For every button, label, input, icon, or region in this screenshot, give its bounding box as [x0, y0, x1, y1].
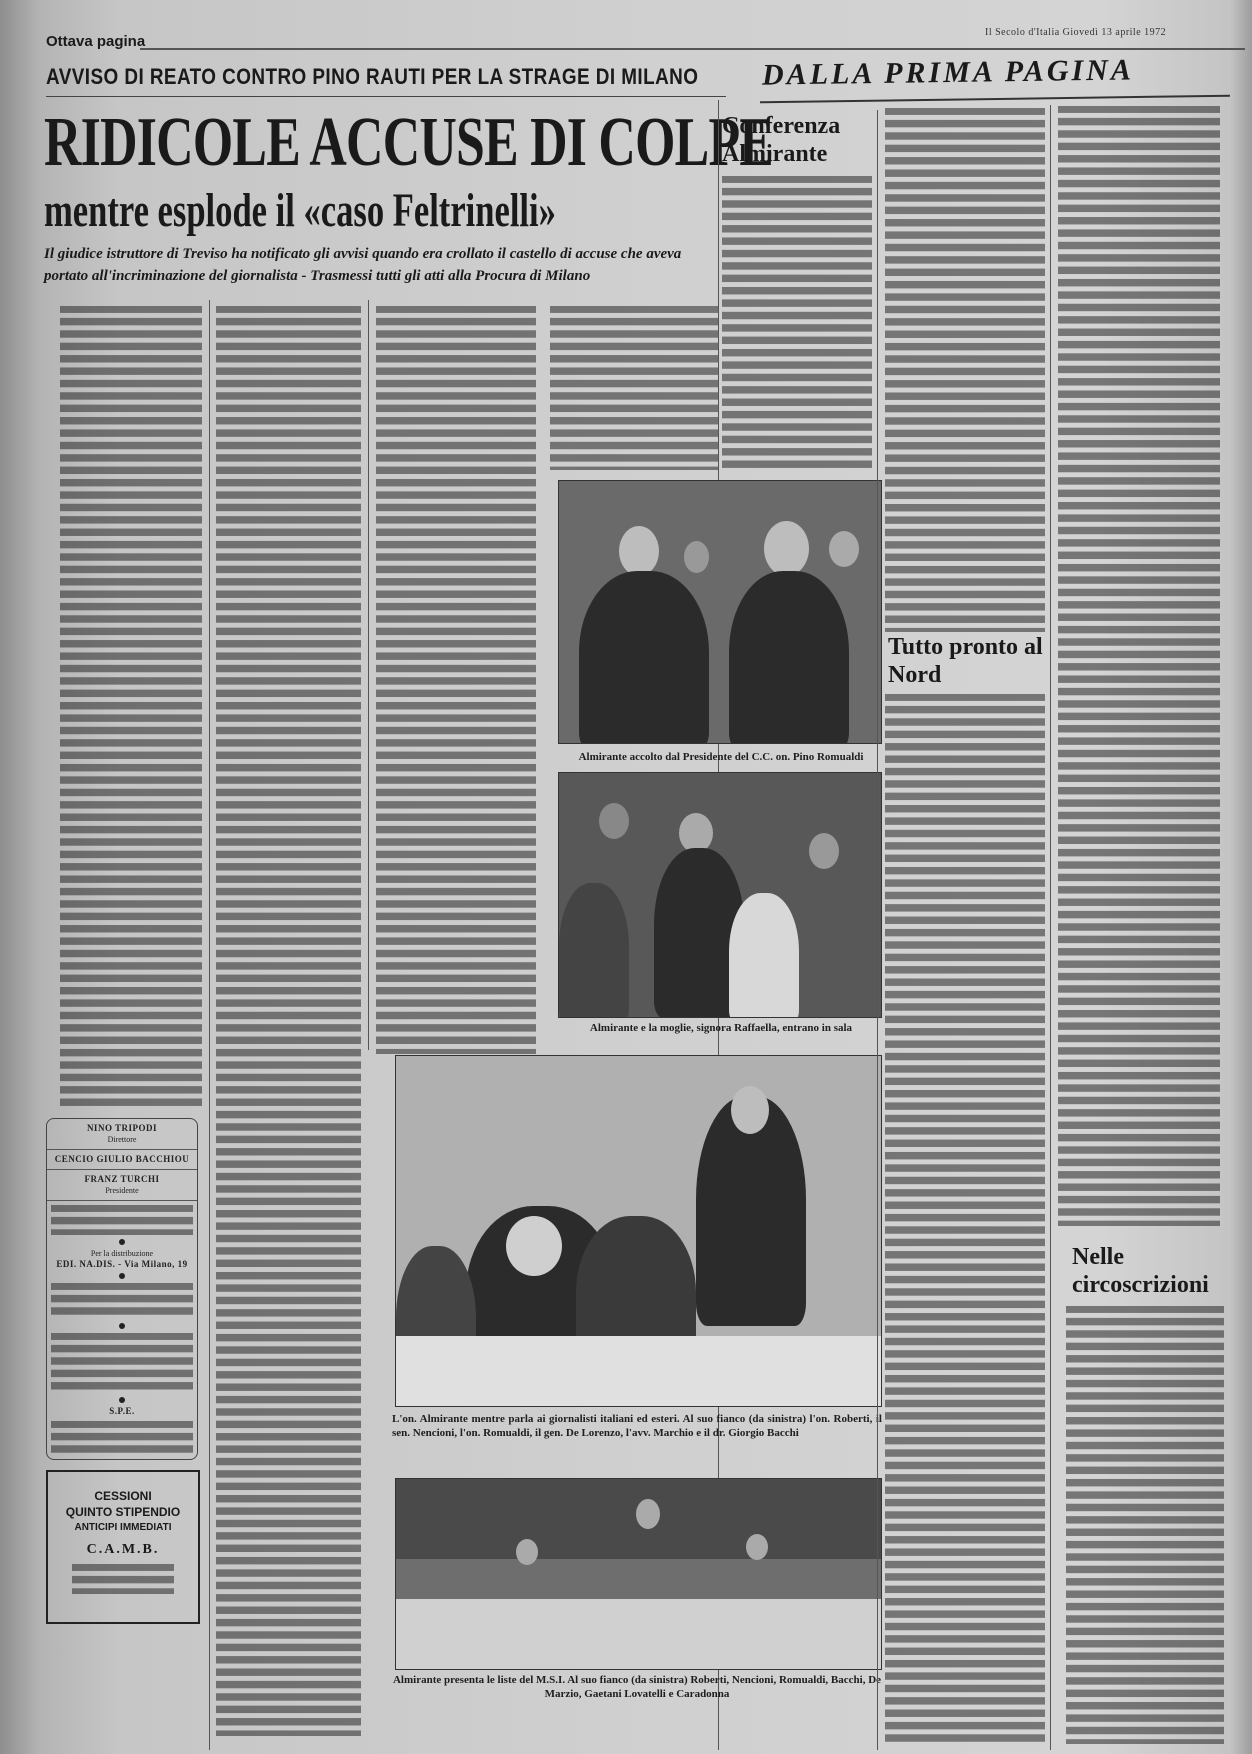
lead-story-column-3	[376, 306, 536, 1054]
ad-line-3: ANTICIPI IMMEDIATI	[48, 1520, 198, 1536]
article-conferenza-column-2	[885, 108, 1045, 632]
section-label: Ottava pagina	[46, 33, 145, 50]
ad-address	[72, 1564, 174, 1594]
bullet-dot	[119, 1239, 125, 1245]
top-rule	[140, 48, 1245, 50]
story-kicker: AVVISO DI REATO CONTRO PINO RAUTI PER LA…	[46, 64, 698, 90]
photo-caption: Almirante e la moglie, signora Raffaella…	[556, 1021, 886, 1035]
distribution-label: Per la distribuzione	[47, 1248, 197, 1259]
section-title-dalla-prima-pagina: DALLA PRIMA PAGINA	[762, 53, 1134, 92]
article-conferenza-column-3	[1058, 106, 1220, 1226]
bullet-dot	[119, 1323, 125, 1329]
lead-story-column-2	[216, 306, 361, 1736]
lead-story-column-1	[60, 306, 202, 1106]
article-conferenza-column-1	[722, 176, 872, 468]
bullet-dot	[119, 1397, 125, 1403]
kicker-rule	[46, 96, 726, 97]
article-heading-conferenza: Conferenza Almirante	[722, 112, 872, 168]
ad-line-2: QUINTO STIPENDIO	[48, 1504, 198, 1520]
photo-almirante-lists	[395, 1478, 882, 1670]
deputy-name: CENCIO GIULIO BACCHIOU	[49, 1154, 195, 1165]
director-name: NINO TRIPODI	[49, 1123, 195, 1134]
column-divider	[209, 300, 210, 1750]
masthead-box: NINO TRIPODI Direttore CENCIO GIULIO BAC…	[46, 1118, 198, 1460]
column-divider	[877, 110, 878, 1750]
column-divider	[368, 300, 369, 1050]
photo-caption: L'on. Almirante mentre parla ai giornali…	[392, 1412, 882, 1440]
masthead-text	[51, 1283, 193, 1319]
distribution-address: EDI. NA.DIS. - Via Milano, 19	[47, 1259, 197, 1270]
editor-role: Presidente	[49, 1185, 195, 1196]
lead-story-column-4-top	[550, 306, 718, 470]
advertisement-box: CESSIONI QUINTO STIPENDIO ANTICIPI IMMED…	[46, 1470, 200, 1624]
story-summary: Il giudice istruttore di Treviso ha noti…	[44, 243, 724, 287]
ad-company: C.A.M.B.	[48, 1542, 198, 1558]
newspaper-page: Ottava pagina Il Secolo d'Italia Giovedì…	[0, 0, 1252, 1754]
masthead-text	[51, 1421, 193, 1457]
photo-almirante-wife	[558, 772, 882, 1018]
column-divider	[1050, 105, 1051, 1750]
article-tutto-pronto-body	[885, 694, 1045, 1744]
photo-almirante-press	[395, 1055, 882, 1407]
photo-caption: Almirante presenta le liste del M.S.I. A…	[392, 1673, 882, 1701]
ad-line-1: CESSIONI	[48, 1488, 198, 1504]
article-circoscrizioni-body	[1066, 1306, 1224, 1744]
publisher-name: S.P.E.	[47, 1406, 197, 1417]
main-headline: RIDICOLE ACCUSE DI COLPE	[44, 108, 773, 178]
photo-caption: Almirante accolto dal Presidente del C.C…	[556, 750, 886, 764]
director-role: Direttore	[49, 1134, 195, 1145]
masthead-text	[51, 1333, 193, 1393]
article-heading-tutto-pronto: Tutto pronto al Nord	[888, 633, 1048, 689]
section-title-rule	[760, 95, 1230, 104]
article-heading-circoscrizioni: Nelle circoscrizioni	[1072, 1243, 1232, 1299]
masthead-text	[51, 1205, 193, 1235]
dateline: Il Secolo d'Italia Giovedì 13 aprile 197…	[985, 27, 1166, 38]
bullet-dot	[119, 1273, 125, 1279]
photo-almirante-greeted	[558, 480, 882, 744]
editor-name: FRANZ TURCHI	[49, 1174, 195, 1185]
sub-headline: mentre esplode il «caso Feltrinelli»	[44, 186, 556, 236]
